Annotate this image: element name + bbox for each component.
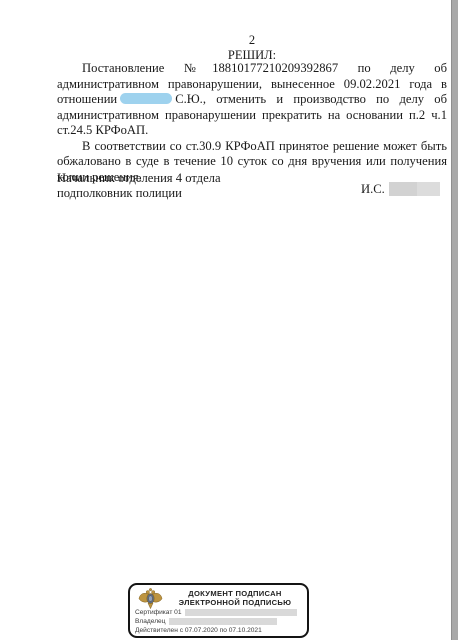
paragraph-resolution: Постановление №18810177210209392867 по д… <box>57 61 447 139</box>
stamp-validity-row: Действителен с 07.07.2020 по 07.10.2021 <box>135 627 302 634</box>
document-page: 2 РЕШИЛ: Постановление №1881017721020939… <box>0 0 458 640</box>
page-edge-scrollbar[interactable] <box>451 0 458 640</box>
signatory-title-block: Начальник отделения 4 отдела подполковни… <box>57 171 221 201</box>
stamp-certificate-label: Сертификат 01 <box>135 609 182 616</box>
stamp-owner-row: Владелец <box>135 618 302 625</box>
stamp-title-line1: ДОКУМЕНТ ПОДПИСАН <box>166 589 304 598</box>
decision-body: Постановление №18810177210209392867 по д… <box>57 61 447 185</box>
page-number: 2 <box>57 33 447 48</box>
redaction-box-owner-grey <box>169 618 277 625</box>
stamp-certificate-row: Сертификат 01 <box>135 609 302 616</box>
electronic-signature-stamp: ДОКУМЕНТ ПОДПИСАН ЭЛЕКТРОННОЙ ПОДПИСЬЮ С… <box>128 583 309 638</box>
signatory-title-line1: Начальник отделения 4 отдела <box>57 171 221 186</box>
stamp-title: ДОКУМЕНТ ПОДПИСАН ЭЛЕКТРОННОЙ ПОДПИСЬЮ <box>166 589 304 607</box>
stamp-owner-label: Владелец <box>135 618 166 625</box>
signatory-title-line2: подполковник полиции <box>57 186 221 201</box>
redaction-box-surname-grey <box>389 182 440 196</box>
stamp-validity-text: Действителен с 07.07.2020 по 07.10.2021 <box>135 627 262 634</box>
redaction-box-certificate-grey <box>185 609 297 616</box>
stamp-title-line2: ЭЛЕКТРОННОЙ ПОДПИСЬЮ <box>166 598 304 607</box>
signatory-initials: И.С. <box>361 182 385 196</box>
redaction-box-name-blue <box>120 93 172 104</box>
signatory-name: И.С. <box>361 182 440 197</box>
